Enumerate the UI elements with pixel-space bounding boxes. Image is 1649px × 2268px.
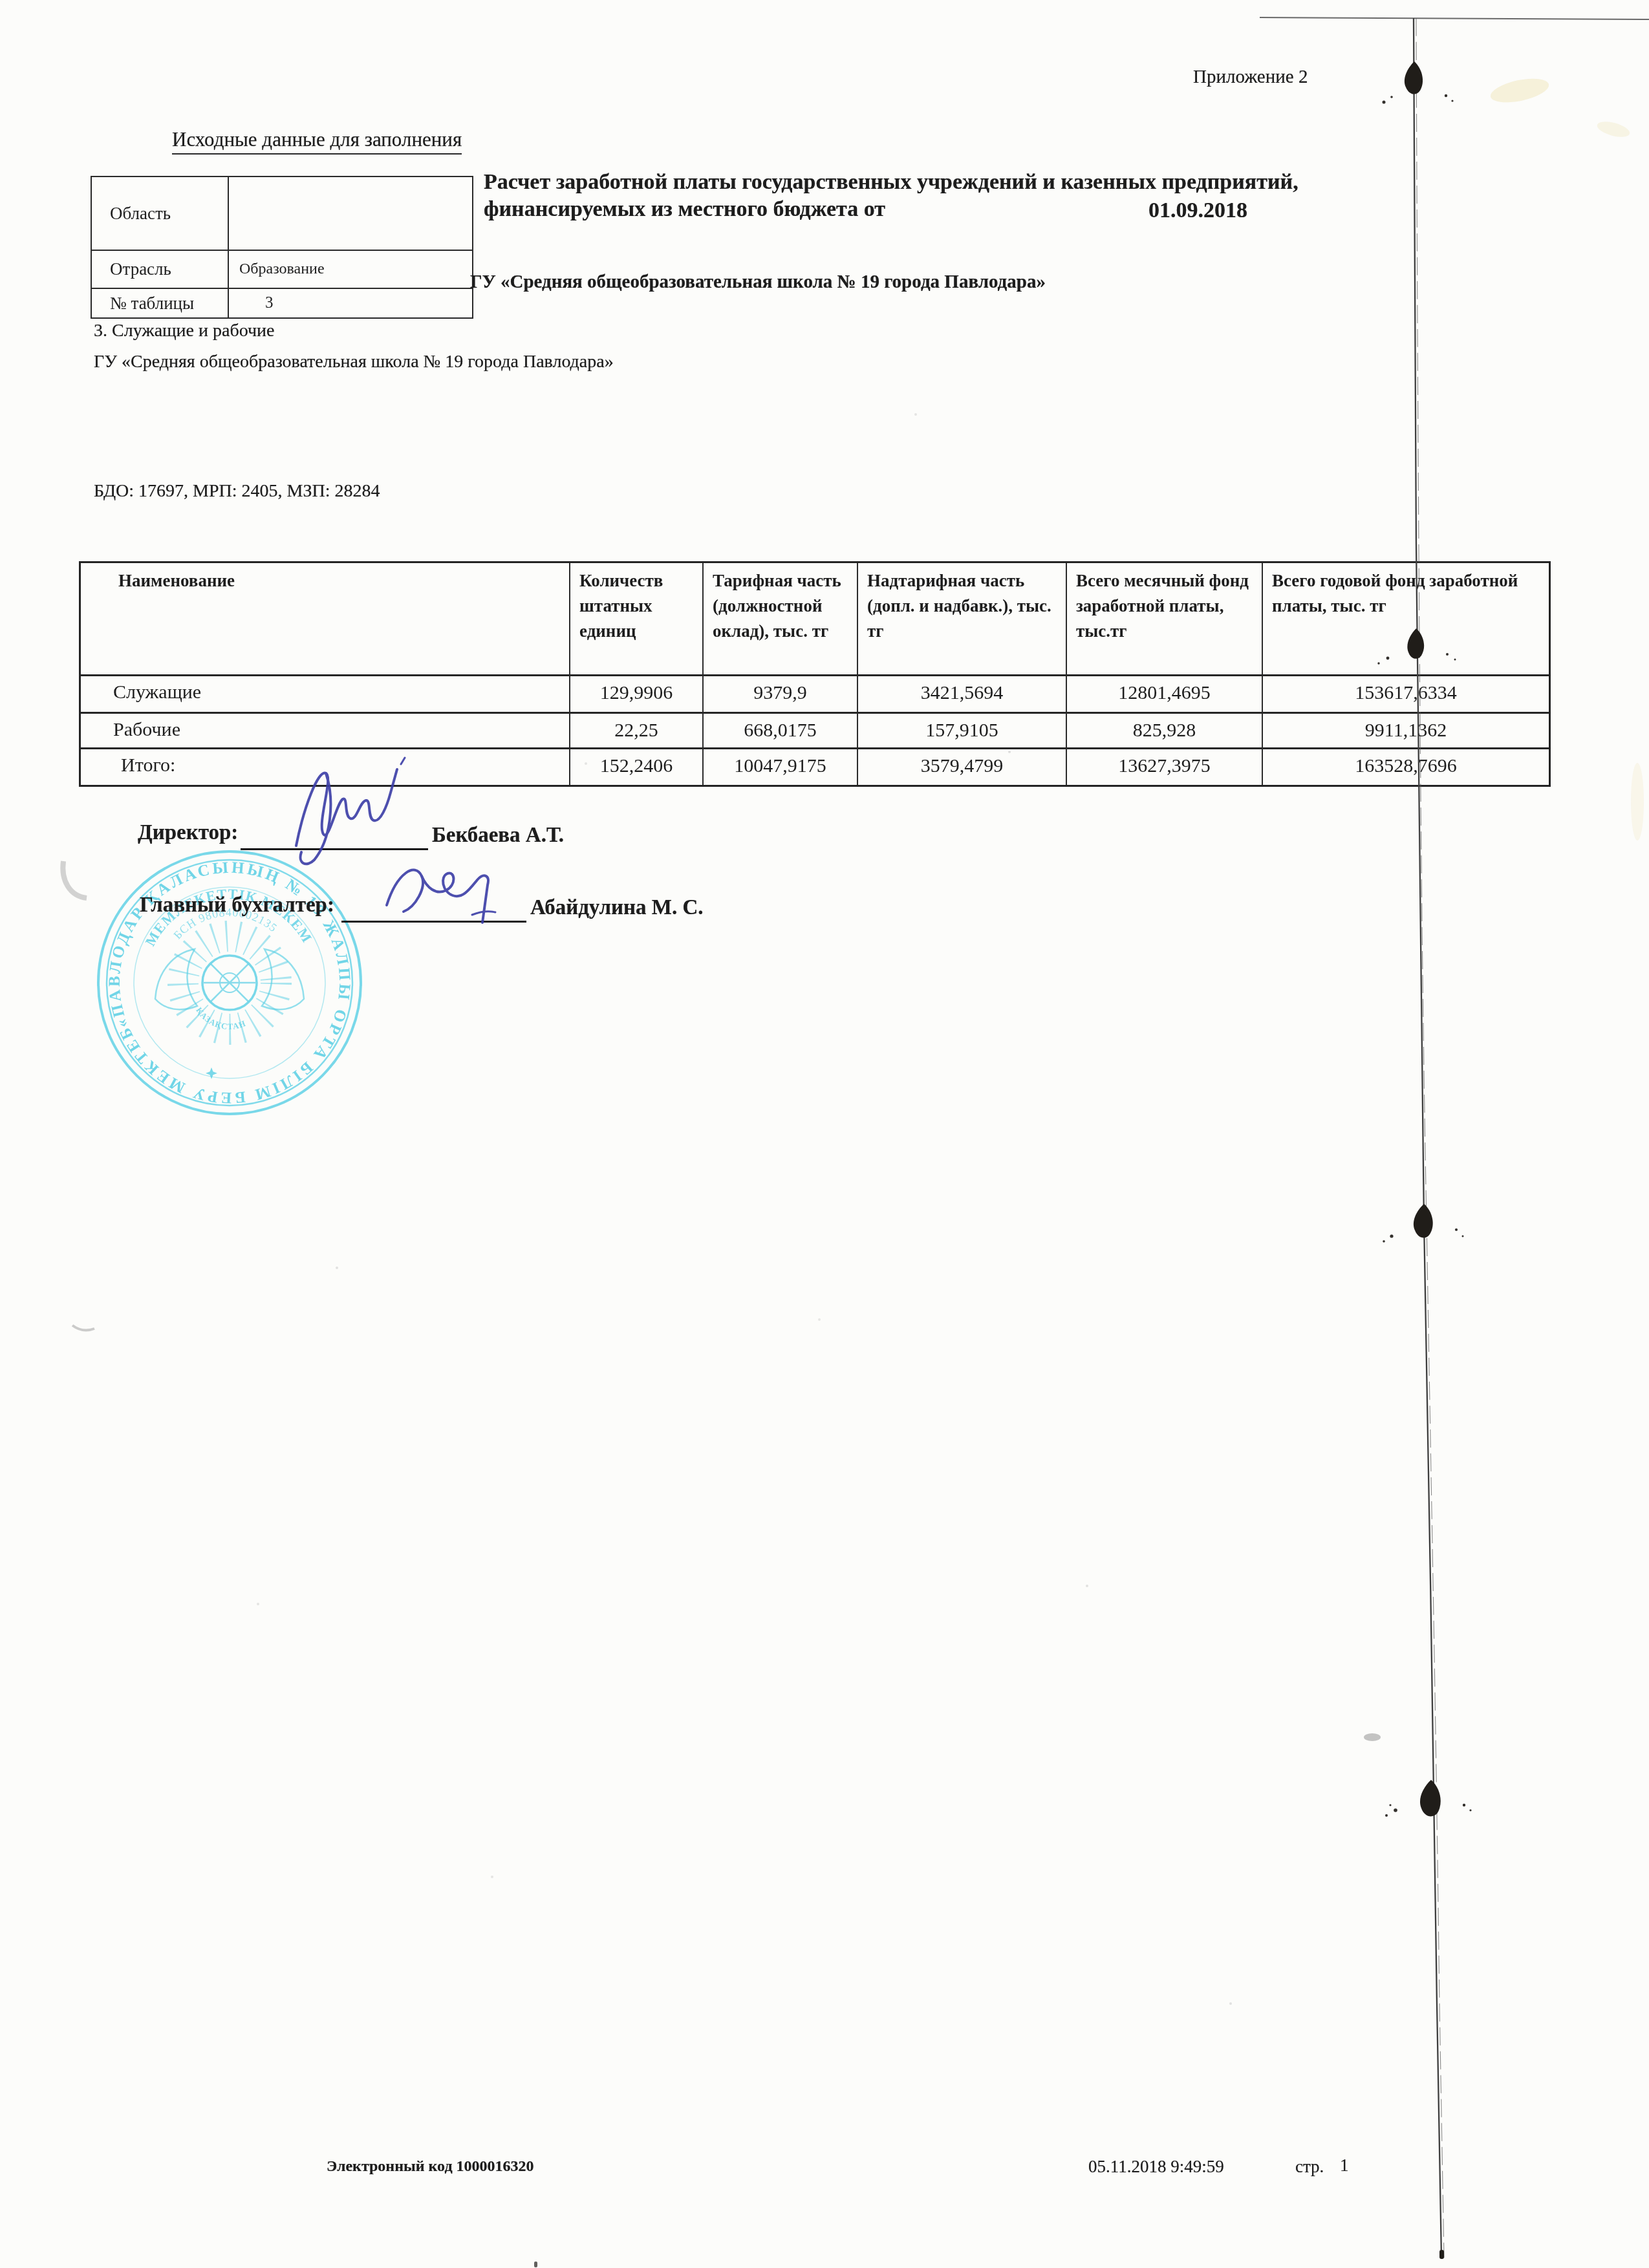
page-label: стр. (1295, 2157, 1324, 2177)
column-header-monthly-fund: Всего месячный фонд заработной платы, ты… (1067, 563, 1263, 674)
scanned-salary-document: Приложение 2 Исходные данные для заполне… (0, 0, 1649, 2268)
table-cell: 22,25 (570, 712, 704, 747)
column-header-overtariff-part: Надтарифная часть (допл. и надбавк.), ты… (858, 563, 1067, 674)
director-label: Директор: (138, 821, 238, 845)
document-title-line2: финансируемых из местного бюджета от (484, 197, 885, 222)
info-value-oblast (229, 177, 472, 250)
table-cell: 3421,5694 (858, 674, 1067, 712)
constants-line: БДО: 17697, МРП: 2405, МЗП: 28284 (94, 481, 380, 502)
page-number: 1 (1340, 2156, 1349, 2176)
info-table: Область Отрасль Образование № таблицы 3 (91, 176, 473, 319)
organization-title: ГУ «Средняя общеобразовательная школа № … (470, 272, 1046, 293)
director-name: Бекбаева А.Т. (432, 824, 564, 848)
info-value-table-number: 3 (229, 288, 472, 317)
info-label-otrasl: Отрасль (92, 250, 229, 288)
info-value-otrasl: Образование (229, 250, 472, 288)
table-cell: 825,928 (1067, 712, 1263, 747)
salary-table: Наименование Количеств штатных единиц Та… (79, 561, 1551, 787)
table-cell: 9379,9 (704, 674, 858, 712)
electronic-code: Электронный код 1000016320 (327, 2158, 534, 2176)
table-cell: 163528,7696 (1263, 747, 1549, 785)
binding-knots (534, 61, 1444, 2267)
pencil-arc-mark (63, 861, 87, 898)
dust-speckles (0, 0, 1, 1)
organization-line: ГУ «Средняя общеобразовательная школа № … (94, 352, 614, 372)
table-cell: 3579,4799 (858, 747, 1067, 785)
small-gray-mark (72, 1325, 94, 1331)
table-row-name: Рабочие (81, 712, 570, 747)
official-stamp: «ПАВЛОДАР ҚАЛАСЫНЫҢ № 19 ЖАЛПЫ ОРТА БІЛІ… (94, 847, 365, 1118)
info-label-table-number: № таблицы (92, 288, 229, 317)
table-row-name: Служащие (81, 674, 570, 712)
stamp-emblem (155, 936, 304, 1079)
column-header-yearly-fund: Всего годовой фонд заработной платы, тыс… (1263, 563, 1549, 674)
page-heading: Исходные данные для заполнения (172, 128, 462, 155)
info-label-oblast: Область (92, 177, 229, 250)
binding-thread-line-2 (1416, 18, 1444, 2258)
section-label: 3. Служащие и рабочие (94, 321, 274, 341)
accountant-name: Абайдулина М. С. (530, 896, 704, 920)
document-date: 01.09.2018 (1148, 198, 1247, 223)
table-cell: 12801,4695 (1067, 674, 1263, 712)
emblem-left-wing (155, 949, 197, 1009)
table-cell: 668,0175 (704, 712, 858, 747)
table-cell: 152,2406 (570, 747, 704, 785)
gray-speck (1364, 1733, 1381, 1741)
column-header-tariff-part: Тарифная часть (должностной оклад), тыс.… (704, 563, 858, 674)
table-cell: 157,9105 (858, 712, 1067, 747)
document-title-line1: Расчет заработной платы государственных … (484, 167, 1441, 197)
column-header-staff-units: Количеств штатных единиц (570, 563, 704, 674)
accountant-label: Главный бухгалтер: (140, 893, 334, 917)
print-datetime: 05.11.2018 9:49:59 (1088, 2157, 1224, 2177)
table-cell: 129,9906 (570, 674, 704, 712)
table-cell: 153617,6334 (1263, 674, 1549, 712)
binding-speckles (1377, 94, 1471, 1817)
table-cell: 9911,1362 (1263, 712, 1549, 747)
column-header-name: Наименование (81, 563, 570, 674)
binding-thread-line (1414, 18, 1441, 2258)
table-cell: 13627,3975 (1067, 747, 1263, 785)
appendix-label: Приложение 2 (1193, 67, 1308, 88)
accountant-handwritten-signature (375, 850, 524, 934)
table-cell: 10047,9175 (704, 747, 858, 785)
top-edge-line (1260, 17, 1649, 19)
